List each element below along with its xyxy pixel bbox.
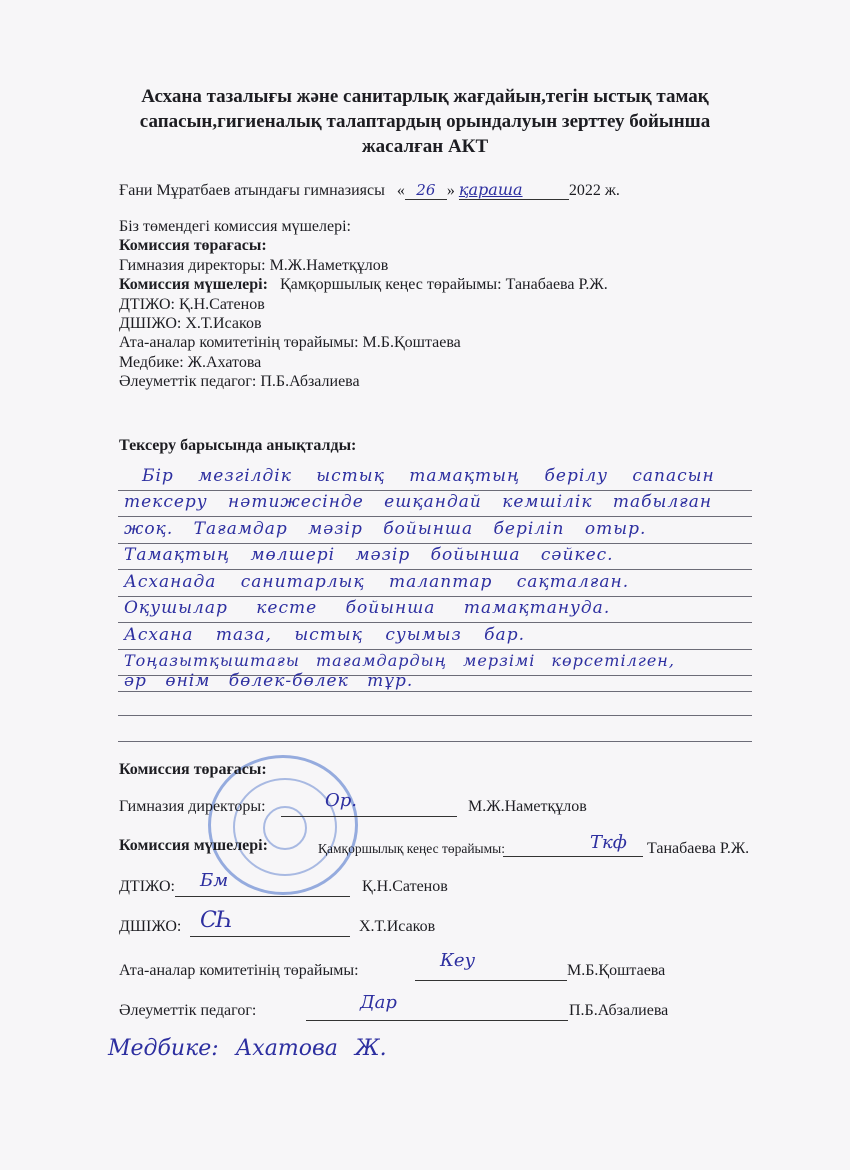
members-heading: Комиссия мүшелері: (119, 276, 268, 293)
finding-line: Тоңазытқыштағы тағамдардың мерзімі көрсе… (124, 651, 675, 670)
dshizho-signature: СҺ (200, 908, 233, 933)
findings-heading: Тексеру барысында анықталды: (119, 437, 356, 455)
nurse-handwritten-signature: Медбике: Ахатова Ж. (108, 1036, 387, 1061)
sig-social-name: П.Б.Абзалиева (569, 1002, 668, 1020)
sig-director-name: М.Ж.Наметқұлов (468, 798, 587, 816)
year-suffix: ж. (605, 182, 620, 199)
member-trustee: Қамқоршылық кеңес төрайымы: Танабаева Р.… (280, 276, 608, 293)
finding-line: Тамақтың мөлшері мәзір бойынша сәйкес. (124, 545, 614, 565)
finding-line: Бір мезгілдік ыстық тамақтың берілу сапа… (142, 466, 715, 486)
title-line-3: жасалған АКТ (0, 134, 850, 159)
member-entry: ДШІЖО: Х.Т.Исаков (119, 314, 608, 333)
commission-list: Біз төмендегі комиссия мүшелері: Комисси… (119, 217, 608, 392)
finding-line: Асханада санитарлық талаптар сақталған. (124, 572, 629, 592)
finding-line: Асхана таза, ыстық суымыз бар. (124, 625, 525, 645)
sig-parents-label: Ата-аналар комитетінің төрайымы: (119, 962, 359, 980)
director-signature: Ор. (325, 790, 357, 811)
title-line-1: Асхана тазалығы және санитарлық жағдайын… (0, 84, 850, 109)
finding-line: тексеру нәтижесінде ешқандай кемшілік та… (124, 492, 712, 512)
quote-close: » (447, 182, 455, 199)
document-title: Асхана тазалығы және санитарлық жағдайын… (0, 84, 850, 159)
sig-social-label: Әлеуметтік педагог: (119, 1002, 256, 1020)
member-entry: Медбике: Ж.Ахатова (119, 353, 608, 372)
member-entry: Ата-аналар комитетінің төрайымы: М.Б.Қош… (119, 333, 608, 352)
member-entry: Әлеуметтік педагог: П.Б.Абзалиева (119, 372, 608, 391)
sig-parents-name: М.Б.Қоштаева (567, 962, 665, 980)
social-signature: Дар (360, 992, 397, 1013)
finding-line: жоқ. Тағамдар мәзір бойынша беріліп отыр… (124, 519, 646, 539)
school-name: Ғани Мұратбаев атындағы гимназиясы (119, 182, 385, 199)
sig-dshizho-label: ДШІЖО: (119, 918, 181, 936)
dtizho-signature: Бм (200, 870, 228, 891)
finding-line: әр өнім бөлек-бөлек тұр. (124, 671, 413, 691)
sig-dtizho-label: ДТІЖО: (119, 878, 175, 896)
sig-chair-heading: Комиссия төрағасы: (119, 761, 267, 779)
date-day: 26 (405, 181, 447, 200)
sig-members-heading: Комиссия мүшелері: (119, 837, 268, 855)
sig-trustee-label: Қамқоршылық кеңес төрайымы: (318, 841, 505, 857)
chair-heading: Комиссия төрағасы: (119, 236, 608, 255)
date-year: 2022 (569, 182, 601, 199)
quote-open: « (397, 182, 405, 199)
trustee-signature: Ткф (590, 832, 627, 853)
parents-signature: Кеу (440, 950, 475, 971)
title-line-2: сапасын,гигиеналық талаптардың орындалуы… (0, 109, 850, 134)
member-entry: ДТІЖО: Қ.Н.Сатенов (119, 295, 608, 314)
commission-intro: Біз төмендегі комиссия мүшелері: (119, 217, 608, 236)
date-month: қараша (459, 180, 569, 200)
chair-entry: Гимназия директоры: М.Ж.Наметқұлов (119, 256, 608, 275)
sig-dshizho-name: Х.Т.Исаков (359, 918, 435, 936)
sig-trustee-name: Танабаева Р.Ж. (647, 840, 749, 858)
finding-line: Оқушылар кесте бойынша тамақтануда. (124, 598, 610, 618)
sig-director-label: Гимназия директоры: (119, 798, 266, 816)
school-date-line: Ғани Мұратбаев атындағы гимназиясы «26» … (119, 180, 620, 200)
sig-dtizho-name: Қ.Н.Сатенов (362, 878, 448, 896)
